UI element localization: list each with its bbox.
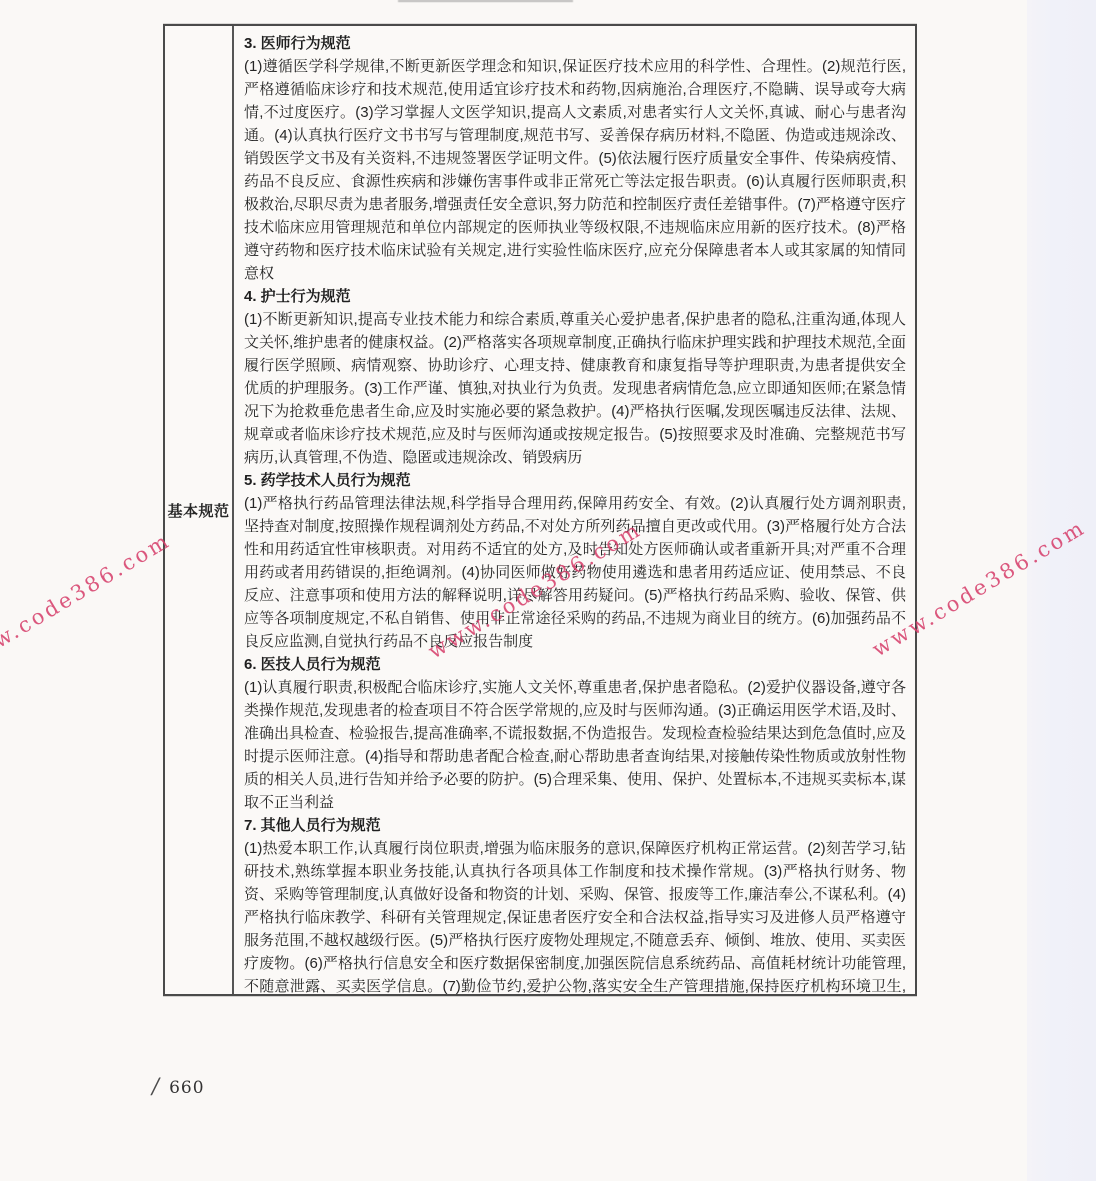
page-footer: / 660: [152, 1074, 205, 1098]
section-heading: 3. 医师行为规范: [244, 32, 906, 55]
table-content-cell: 3. 医师行为规范 (1)遵循医学科学规律,不断更新医学理念和知识,保证医疗技术…: [234, 26, 915, 994]
page-number: 660: [169, 1078, 204, 1098]
footer-slash-mark: /: [152, 1074, 159, 1098]
scanner-edge-band: [1027, 0, 1096, 1181]
scanned-document-page: 基本规范 3. 医师行为规范 (1)遵循医学科学规律,不断更新医学理念和知识,保…: [0, 0, 1096, 1181]
section-nurse-norms: 4. 护士行为规范 (1)不断更新知识,提高专业技术能力和综合素质,尊重关心爱护…: [244, 285, 906, 469]
section-body: (1)不断更新知识,提高专业技术能力和综合素质,尊重关心爱护患者,保护患者的隐私…: [244, 308, 906, 469]
section-medtech-staff-norms: 6. 医技人员行为规范 (1)认真履行职责,积极配合临床诊疗,实施人文关怀,尊重…: [244, 653, 906, 814]
section-other-staff-norms: 7. 其他人员行为规范 (1)热爱本职工作,认真履行岗位职责,增强为临床服务的意…: [244, 814, 906, 994]
section-body: (1)热爱本职工作,认真履行岗位职责,增强为临床服务的意识,保障医疗机构正常运营…: [244, 837, 906, 994]
section-heading: 5. 药学技术人员行为规范: [244, 469, 906, 492]
section-pharmacy-staff-norms: 5. 药学技术人员行为规范 (1)严格执行药品管理法律法规,科学指导合理用药,保…: [244, 469, 906, 653]
row-header-cell: 基本规范: [165, 26, 234, 994]
section-body: (1)认真履行职责,积极配合临床诊疗,实施人文关怀,尊重患者,保护患者隐私。(2…: [244, 676, 906, 814]
regulations-table: 基本规范 3. 医师行为规范 (1)遵循医学科学规律,不断更新医学理念和知识,保…: [163, 24, 917, 996]
section-heading: 7. 其他人员行为规范: [244, 814, 906, 837]
scan-artifact-line: [398, 0, 573, 2]
section-body: (1)遵循医学科学规律,不断更新医学理念和知识,保证医疗技术应用的科学性、合理性…: [244, 55, 906, 285]
section-body: (1)严格执行药品管理法律法规,科学指导合理用药,保障用药安全、有效。(2)认真…: [244, 492, 906, 653]
row-header-label: 基本规范: [167, 500, 229, 521]
section-physician-norms: 3. 医师行为规范 (1)遵循医学科学规律,不断更新医学理念和知识,保证医疗技术…: [244, 32, 906, 285]
section-heading: 4. 护士行为规范: [244, 285, 906, 308]
section-heading: 6. 医技人员行为规范: [244, 653, 906, 676]
